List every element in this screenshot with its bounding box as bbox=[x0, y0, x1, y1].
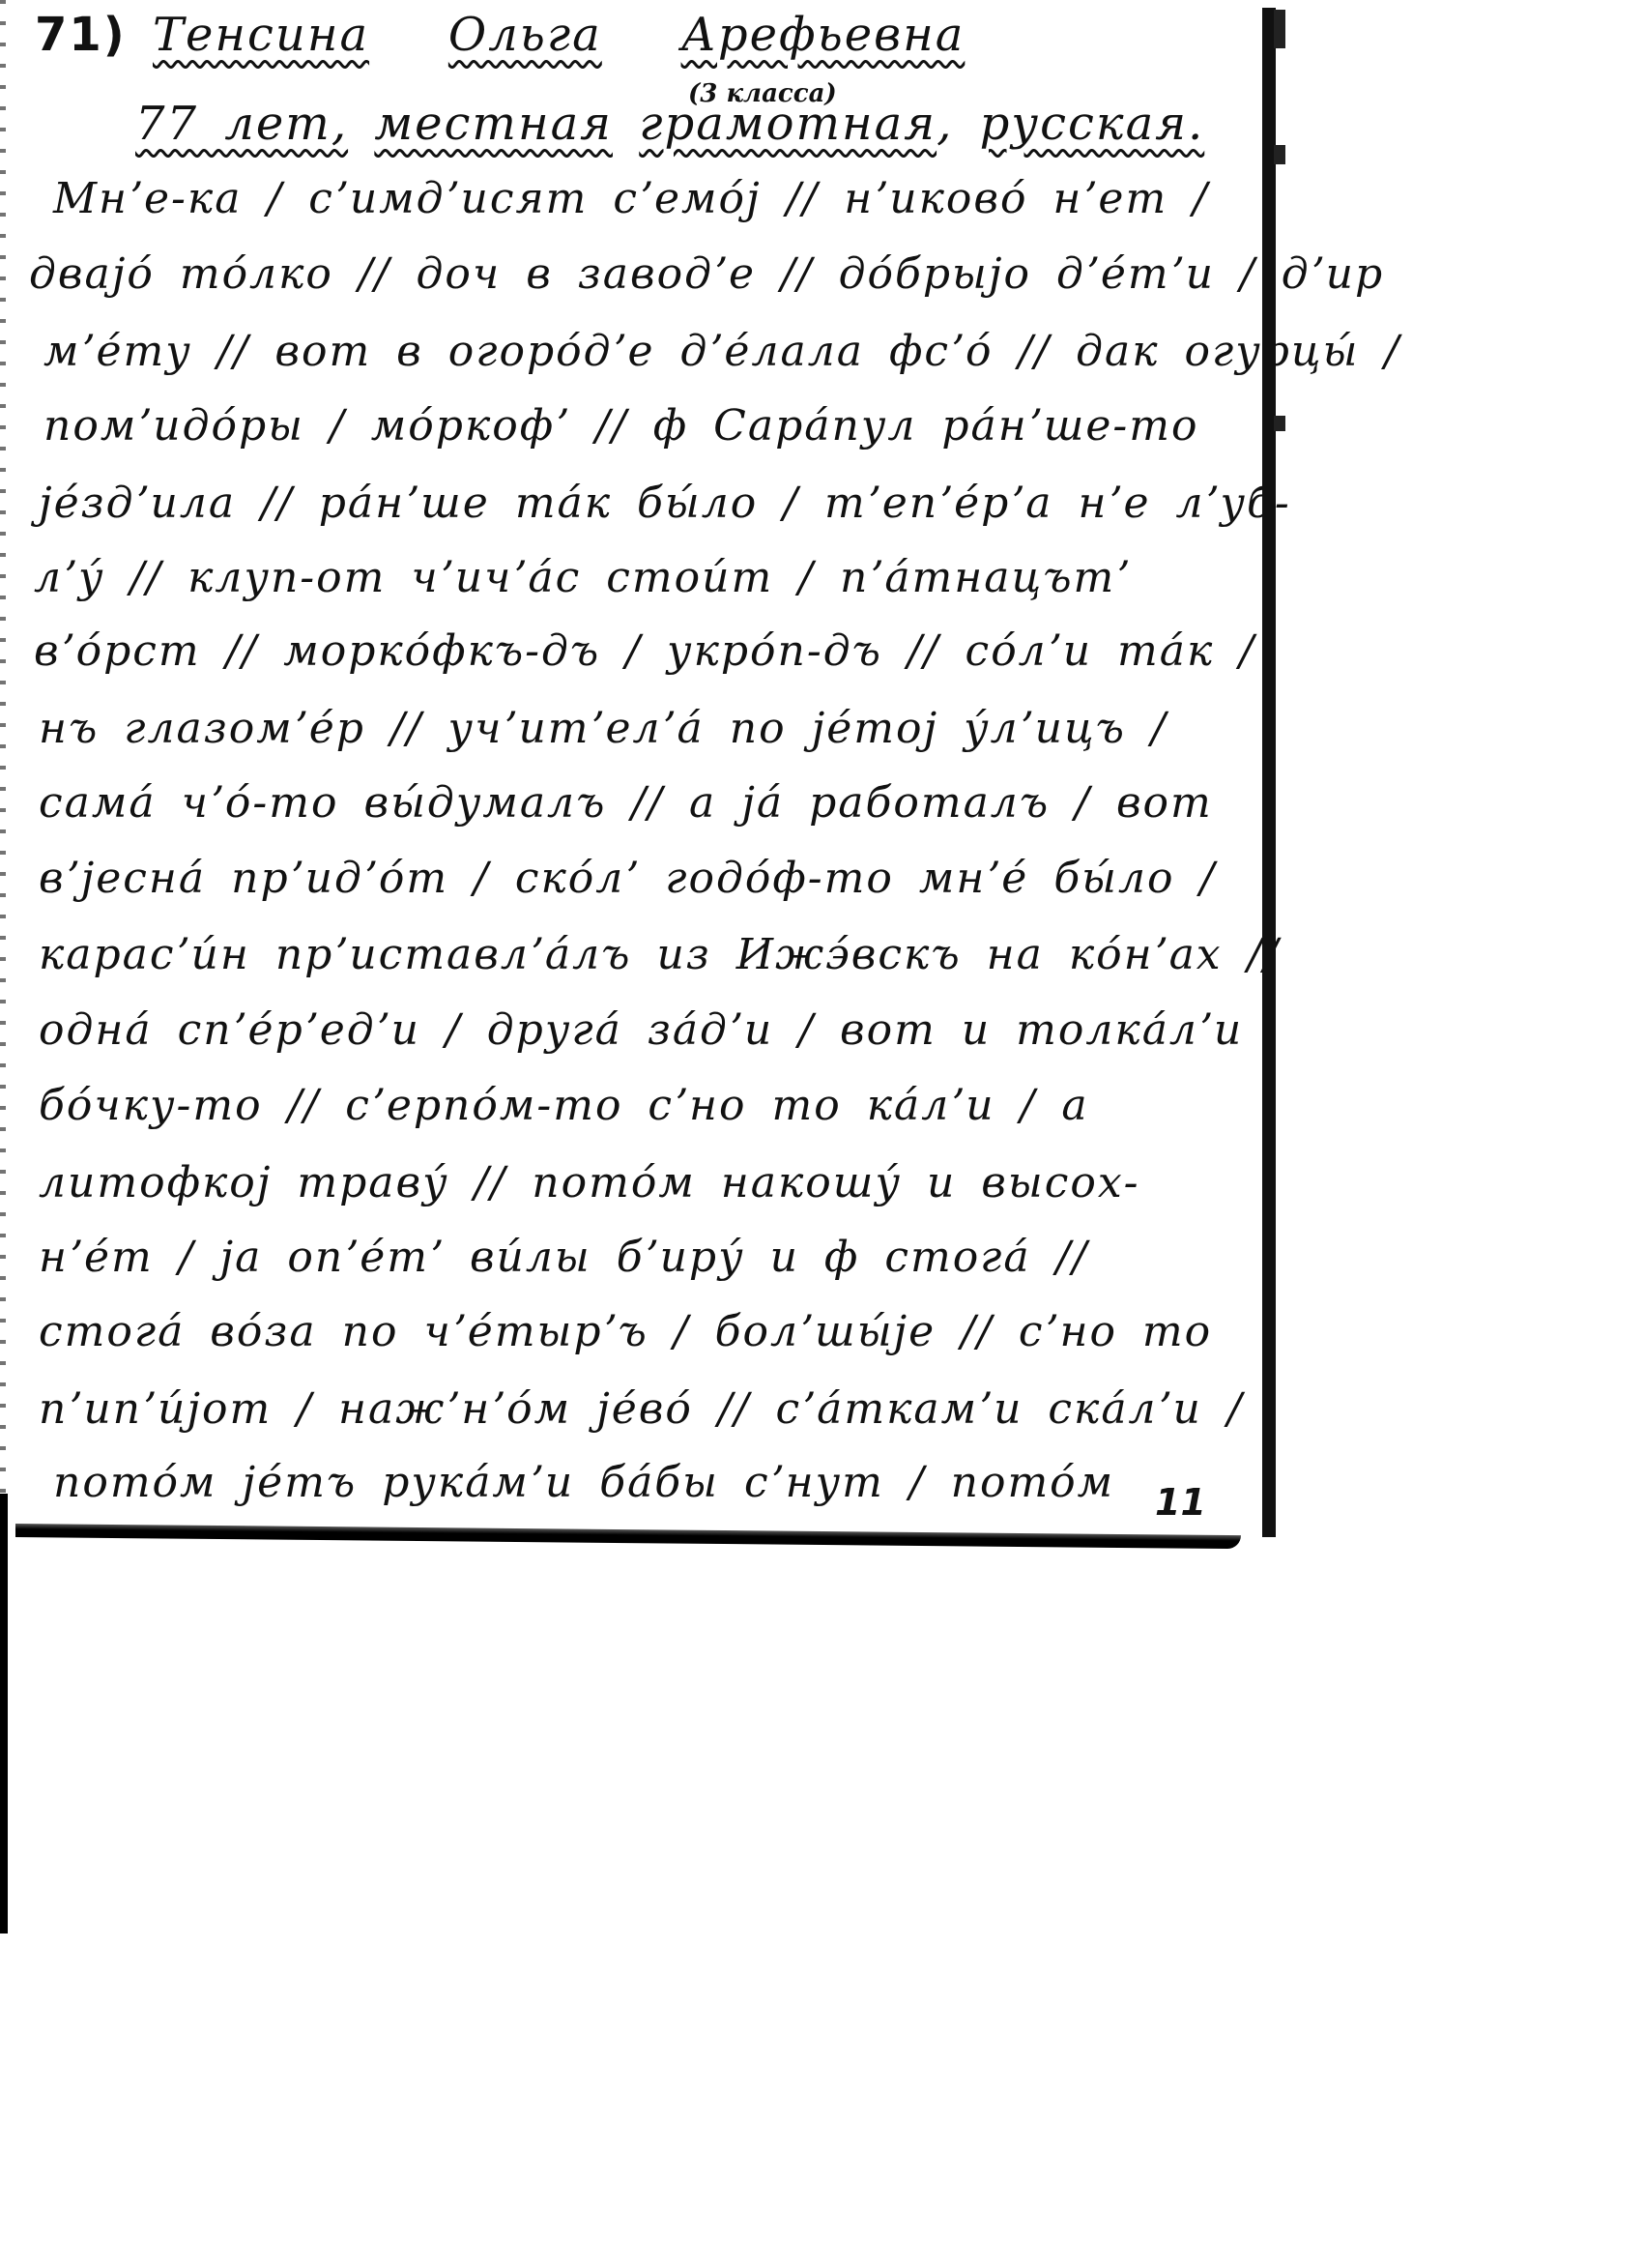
speaker-patronymic: Арефьевна bbox=[681, 8, 966, 62]
speaker-surname: Тенсина bbox=[153, 8, 369, 62]
transcript-line-2: двајо́ то́лко // доч в заводʼе // до́бры… bbox=[29, 249, 1384, 299]
page-right-edge-fragment bbox=[1274, 145, 1285, 164]
page-number: 11 bbox=[1155, 1481, 1206, 1524]
speaker-name-line: 71) Тенсина Ольга Арефьевна bbox=[35, 8, 965, 62]
transcript-line-5: jéздʼила // ра́нʼше та́к бы́ло / тʼепʼе́… bbox=[39, 479, 1291, 528]
transcript-line-11: карасʼи́н прʼиставлʼа́лъ из Ижэ́вскъ на … bbox=[39, 930, 1280, 979]
page-right-edge-shadow bbox=[1262, 8, 1276, 1537]
scan-left-edge-strip bbox=[0, 1494, 8, 1934]
transcript-line-15: нʼе́т / ја опʼе́тʼ ви́лы бʼиру́ и ф стог… bbox=[39, 1233, 1088, 1282]
speaker-age: 77 лет, bbox=[135, 97, 348, 151]
item-number: 71) bbox=[35, 8, 127, 62]
transcript-line-4: помʼидо́ры / мо́ркофʼ // ф Сара́пул ра́н… bbox=[43, 401, 1199, 451]
speaker-literacy: грамотная bbox=[639, 97, 937, 151]
transcript-line-7: вʼо́рст // морко́фкъ-дъ / укро́п-дъ // с… bbox=[34, 626, 1255, 676]
transcript-line-12: одна́ спʼе́рʼедʼи / друга́ за́дʼи / вот … bbox=[39, 1005, 1243, 1055]
page-right-edge-fragment bbox=[1274, 10, 1285, 48]
transcript-line-10: вʼјесна́ прʼидʼо́т / ско́лʼ годо́ф-то мн… bbox=[39, 854, 1216, 903]
transcript-line-3: мʼе́ту // вот в огоро́дʼе дʼе́лала фсʼо́… bbox=[43, 327, 1400, 376]
transcript-line-18: пото́м је́тъ рука́мʼи ба́бы сʼнут / пото… bbox=[53, 1458, 1114, 1507]
transcript-line-17: пʼипʼи́јот / нажʼнʼо́м је́во́ // сʼа́тка… bbox=[39, 1384, 1244, 1434]
transcript-line-1: Мнʼе-ка / сʼимдʼисят сʼемо́ј // нʼиково́… bbox=[53, 174, 1209, 223]
transcript-line-6: лʼу́ // клуп-от чʼичʼа́с стои́т / пʼа́тн… bbox=[34, 553, 1131, 602]
transcript-line-8: нъ глазомʼе́р // учʼитʼелʼа́ по је́тој у… bbox=[39, 704, 1167, 753]
page-right-edge-fragment bbox=[1274, 416, 1285, 431]
transcript-line-16: стога́ во́за по чʼе́тырʼъ / болʼшы́је //… bbox=[39, 1307, 1212, 1356]
speaker-first-name: Ольга bbox=[448, 8, 602, 62]
transcript-line-9: сама́ чʼо́-то вы́думалъ // а ја́ работал… bbox=[39, 778, 1213, 828]
transcript-line-13: бо́чку-то // сʼерпо́м-то сʼно то ка́лʼи … bbox=[39, 1081, 1089, 1130]
scanned-page: 71) Тенсина Ольга Арефьевна (3 класса) 7… bbox=[0, 0, 1262, 1537]
speaker-residence: местная bbox=[374, 97, 613, 151]
speaker-nationality: русская. bbox=[980, 97, 1205, 151]
transcript-line-14: литофкој траву́ // пото́м накошу́ и высо… bbox=[39, 1158, 1140, 1207]
speaker-info-line: 77 лет, местная грамотная, русская. bbox=[135, 97, 1204, 151]
left-margin-scan-noise bbox=[0, 0, 6, 1494]
